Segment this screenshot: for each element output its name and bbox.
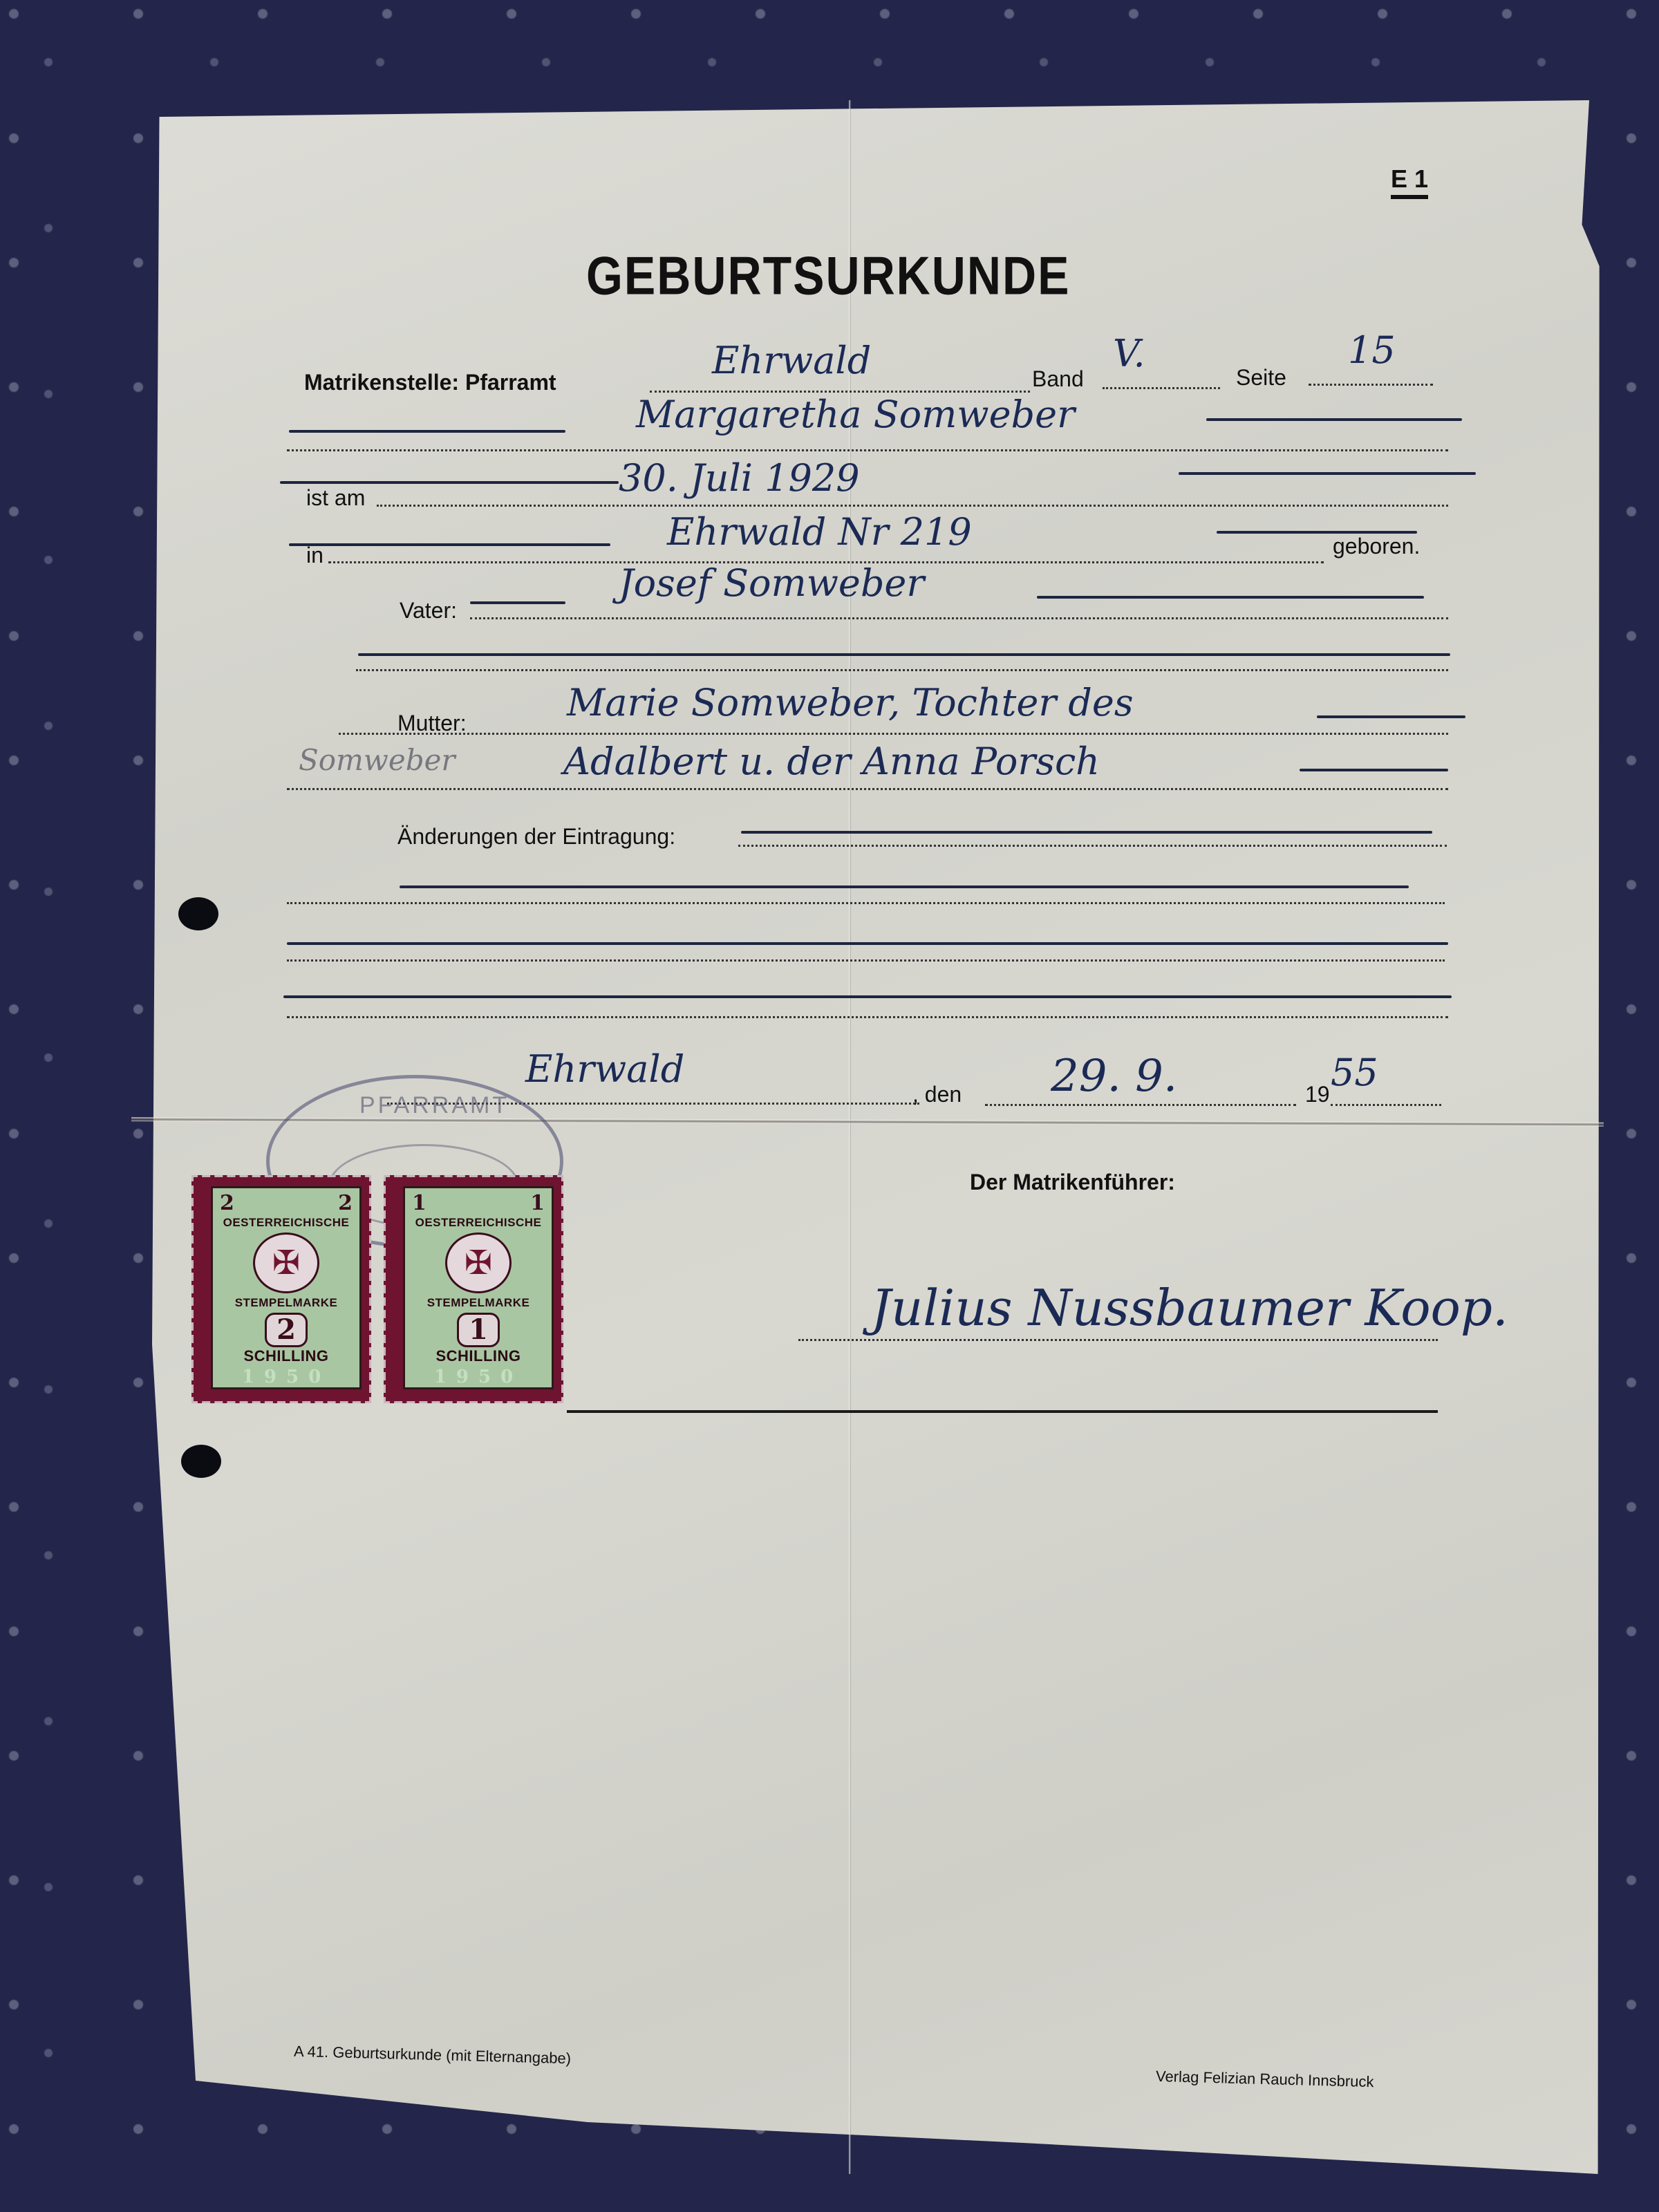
mother-dotted-line <box>339 733 1448 735</box>
seite-label: Seite <box>1236 365 1286 391</box>
issued-date-dotted-line <box>985 1104 1296 1106</box>
stamp-denomination: 1 <box>457 1313 500 1347</box>
form-code: E 1 <box>1391 165 1428 199</box>
den-label: , den <box>912 1082 962 1107</box>
stamp-year: 1950 <box>242 1367 330 1387</box>
mother-dotted-line-2 <box>287 788 1448 790</box>
year-suffix: 55 <box>1331 1051 1378 1094</box>
birth-date-value: 30. Juli 1929 <box>619 456 860 500</box>
austrian-eagle-icon: ✠ <box>445 1232 512 1293</box>
stamp-unit: SCHILLING <box>243 1347 328 1365</box>
signature-underline <box>567 1410 1438 1413</box>
fill-stroke <box>1206 418 1462 421</box>
stamp-corner-value: 1 <box>412 1191 427 1215</box>
year-prefix: 19 <box>1305 1082 1330 1107</box>
fill-stroke <box>283 995 1452 998</box>
punch-hole-icon <box>181 1445 221 1478</box>
punch-hole-icon <box>178 897 218 930</box>
stamp-bottom-text: STEMPELMARKE <box>427 1296 530 1310</box>
band-value: V. <box>1113 332 1145 375</box>
changes-dotted-line-2 <box>287 902 1445 904</box>
fill-stroke <box>400 885 1409 888</box>
stamp-bottom-text: STEMPELMARKE <box>235 1296 338 1310</box>
changes-dotted-line-4 <box>287 1016 1448 1018</box>
mother-line-2: Adalbert u. der Anna Porsch <box>563 740 1100 783</box>
signature-dotted-line <box>798 1339 1438 1341</box>
stamp-top-text: OESTERREICHISCHE <box>415 1216 542 1230</box>
mother-margin-note: Somweber <box>299 743 456 777</box>
father-dotted-line-2 <box>356 669 1448 671</box>
revenue-stamp-2-schilling: 2 2 OESTERREICHISCHE ✠ STEMPELMARKE 2 SC… <box>191 1175 371 1403</box>
band-dotted-line <box>1103 387 1220 389</box>
fill-stroke <box>1179 472 1476 475</box>
birth-place-value: Ehrwald Nr 219 <box>667 510 972 554</box>
father-label: Vater: <box>400 598 457 624</box>
father-dotted-line <box>470 617 1448 619</box>
geboren-label: geboren. <box>1333 534 1420 559</box>
changes-dotted-line <box>738 845 1447 847</box>
fill-stroke <box>280 481 619 484</box>
child-name-dotted-line <box>287 449 1448 451</box>
fill-stroke <box>1300 769 1448 771</box>
fill-stroke <box>1037 596 1424 599</box>
band-label: Band <box>1032 366 1084 392</box>
changes-label: Änderungen der Eintragung: <box>397 824 675 850</box>
seite-value: 15 <box>1348 328 1396 372</box>
revenue-stamp-1-schilling: 1 1 OESTERREICHISCHE ✠ STEMPELMARKE 1 SC… <box>384 1175 563 1403</box>
seite-dotted-line <box>1309 384 1433 386</box>
fill-stroke <box>289 430 565 433</box>
stamp-corner-value: 1 <box>530 1191 545 1215</box>
issued-date: 29. 9. <box>1051 1051 1177 1102</box>
registry-label: Matrikenstelle: Pfarramt <box>304 370 556 395</box>
birth-date-label: ist am <box>306 485 365 511</box>
fill-stroke <box>470 601 565 604</box>
stamp-denomination: 2 <box>265 1313 308 1347</box>
year-dotted-line <box>1331 1104 1441 1106</box>
austrian-eagle-icon: ✠ <box>253 1232 319 1293</box>
stamp-year: 1950 <box>434 1367 523 1387</box>
father-value: Josef Somweber <box>619 561 924 605</box>
birth-place-label: in <box>306 543 324 568</box>
signature: Julius Nussbaumer Koop. <box>871 1279 1508 1337</box>
fill-stroke <box>287 942 1448 945</box>
fill-stroke <box>358 653 1450 656</box>
stamp-corner-value: 2 <box>338 1191 353 1215</box>
registry-value: Ehrwald <box>712 339 871 382</box>
document-title: GEBURTSURKUNDE <box>586 245 1070 307</box>
stamp-unit: SCHILLING <box>435 1347 521 1365</box>
issued-place: Ehrwald <box>525 1047 684 1091</box>
stamp-top-text: OESTERREICHISCHE <box>223 1216 350 1230</box>
birth-date-dotted-line <box>377 505 1448 507</box>
stamp-corner-value: 2 <box>220 1191 234 1215</box>
signatory-label: Der Matrikenführer: <box>970 1170 1175 1195</box>
fill-stroke <box>1317 715 1465 718</box>
seal-text: PFARRAMT <box>359 1092 509 1119</box>
child-name: Margaretha Somweber <box>636 393 1075 436</box>
changes-dotted-line-3 <box>287 959 1445 962</box>
fill-stroke <box>289 543 610 546</box>
mother-line-1: Marie Somweber, Tochter des <box>567 681 1134 724</box>
fill-stroke <box>741 831 1432 834</box>
